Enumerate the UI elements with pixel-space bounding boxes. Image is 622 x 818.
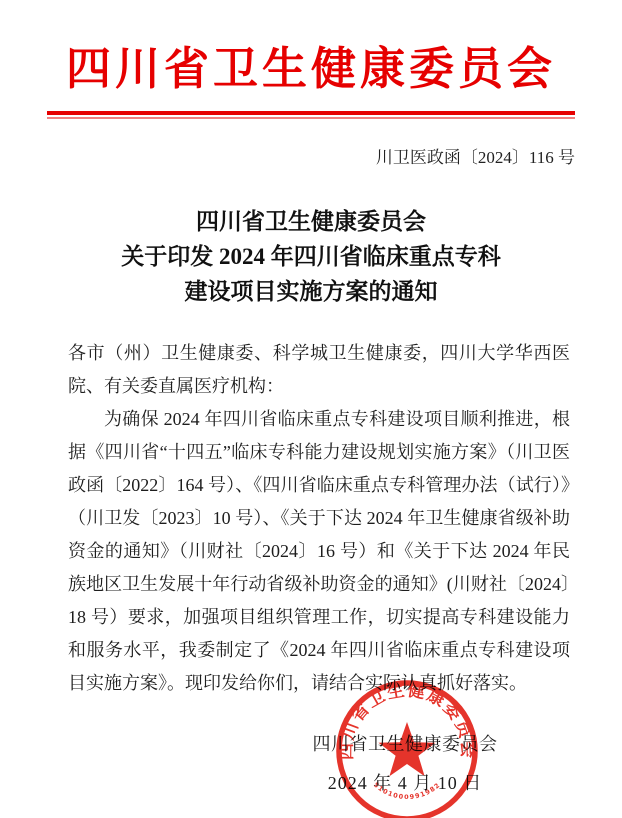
- signature-date: 2024 年 4 月 10 日: [298, 769, 512, 797]
- document-title-line-2: 关于印发 2024 年四川省临床重点专科: [0, 239, 622, 274]
- main-paragraph: 为确保 2024 年四川省临床重点专科建设项目顺利推进，根据《四川省“十四五”临…: [68, 403, 570, 700]
- signature-block: 四川省卫生健康委员会 2024 年 4 月 10 日: [298, 730, 512, 797]
- official-document-page: 四川省卫生健康委员会 川卫医政函〔2024〕116 号 四川省卫生健康委员会 关…: [0, 0, 622, 818]
- red-rule-thick-line: [47, 111, 575, 115]
- document-title-line-3: 建设项目实施方案的通知: [0, 274, 622, 309]
- signature-agency-name: 四川省卫生健康委员会: [298, 730, 512, 758]
- recipients-line: 各市（州）卫生健康委、科学城卫生健康委，四川大学华西医院、有关委直属医疗机构：: [68, 337, 570, 403]
- red-header-rule: [47, 111, 575, 119]
- document-title: 四川省卫生健康委员会 关于印发 2024 年四川省临床重点专科 建设项目实施方案…: [0, 204, 622, 309]
- document-body: 各市（州）卫生健康委、科学城卫生健康委，四川大学华西医院、有关委直属医疗机构： …: [0, 337, 622, 700]
- agency-masthead: 四川省卫生健康委员会: [0, 0, 622, 96]
- document-number: 川卫医政函〔2024〕116 号: [0, 143, 622, 168]
- document-title-line-1: 四川省卫生健康委员会: [0, 204, 622, 239]
- red-rule-thin-line: [47, 117, 575, 119]
